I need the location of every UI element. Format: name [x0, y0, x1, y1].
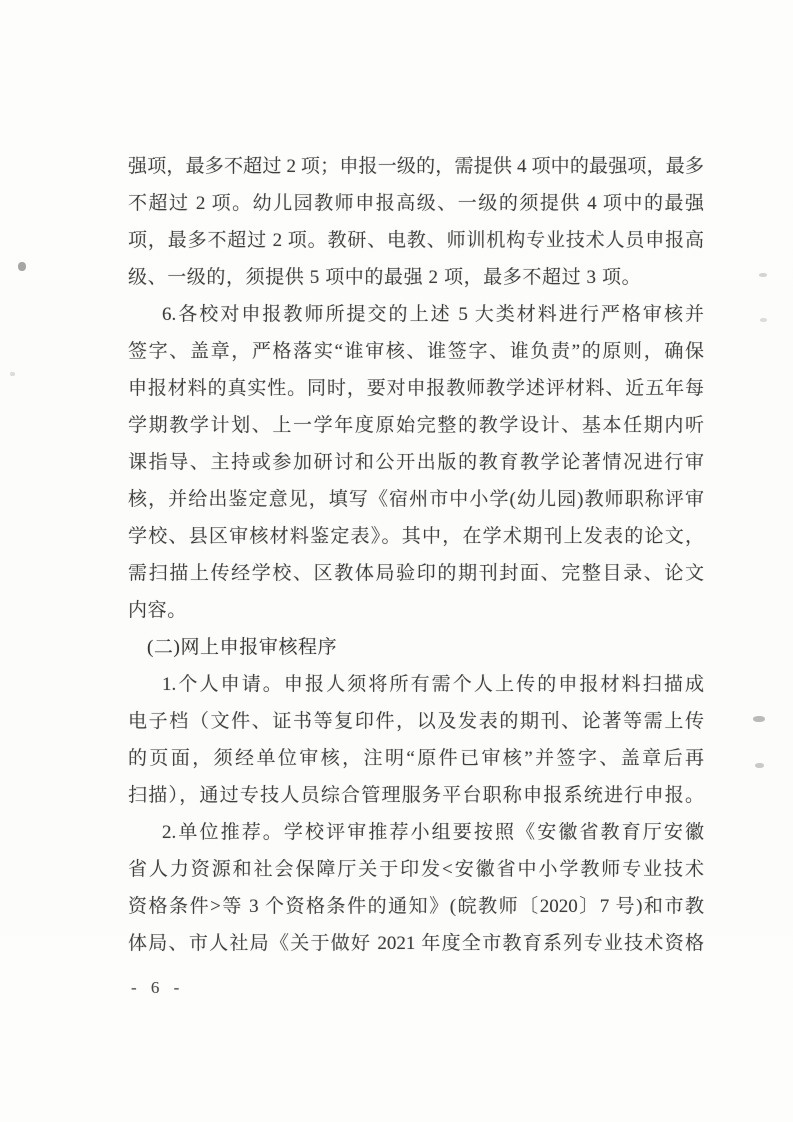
- paragraph-item1: 1.个人申请。申报人须将所有需个人上传的申报材料扫描成 电子档（文件、证书等复印…: [128, 666, 704, 814]
- paragraph-start-line: 2.单位推荐。学校评审推荐小组要按照《安徽省教育厅安徽: [128, 814, 704, 851]
- scan-artifact: [760, 318, 767, 322]
- body-line: 内容。: [128, 592, 704, 629]
- body-line: 学校、县区审核材料鉴定表》。其中，在学术期刊上发表的论文，: [128, 518, 704, 555]
- body-line: 不超过 2 项。幼儿园教师申报高级、一级的须提供 4 项中的最强: [128, 185, 704, 222]
- body-line: 需扫描上传经学校、区教体局验印的期刊封面、完整目录、论文: [128, 555, 704, 592]
- page-number: - 6 -: [131, 978, 184, 998]
- scanned-document-page: 强项，最多不超过 2 项；申报一级的，需提供 4 项中的最强项，最多 不超过 2…: [0, 0, 793, 1122]
- scan-artifact: [10, 372, 15, 376]
- body-line: 学期教学计划、上一学年度原始完整的教学设计、基本任期内听: [128, 407, 704, 444]
- scan-artifact: [753, 716, 765, 722]
- body-line: 电子档（文件、证书等复印件，以及发表的期刊、论著等需上传: [128, 703, 704, 740]
- scan-artifact: [755, 763, 764, 768]
- body-line: 签字、盖章，严格落实“谁审核、谁签字、谁负责”的原则，确保: [128, 333, 704, 370]
- body-line: 核，并给出鉴定意见，填写《宿州市中小学(幼儿园)教师职称评审: [128, 481, 704, 518]
- section-heading: (二)网上申报审核程序: [128, 629, 704, 666]
- paragraph-start-line: 1.个人申请。申报人须将所有需个人上传的申报材料扫描成: [128, 666, 704, 703]
- body-line: 省人力资源和社会保障厅关于印发<安徽省中小学教师专业技术: [128, 851, 704, 888]
- paragraph-item6: 6.各校对申报教师所提交的上述 5 大类材料进行严格审核并 签字、盖章，严格落实…: [128, 296, 704, 629]
- scan-artifact: [18, 262, 26, 271]
- body-line: 强项，最多不超过 2 项；申报一级的，需提供 4 项中的最强项，最多: [128, 148, 704, 185]
- body-line: 的页面，须经单位审核，注明“原件已审核”并签字、盖章后再: [128, 740, 704, 777]
- scan-artifact: [759, 273, 767, 277]
- document-text-block: 强项，最多不超过 2 项；申报一级的，需提供 4 项中的最强项，最多 不超过 2…: [128, 148, 704, 962]
- body-line: 体局、市人社局《关于做好 2021 年度全市教育系列专业技术资格: [128, 925, 704, 962]
- paragraph-continuation: 强项，最多不超过 2 项；申报一级的，需提供 4 项中的最强项，最多 不超过 2…: [128, 148, 704, 296]
- paragraph-item2: 2.单位推荐。学校评审推荐小组要按照《安徽省教育厅安徽 省人力资源和社会保障厅关…: [128, 814, 704, 962]
- paragraph-start-line: 6.各校对申报教师所提交的上述 5 大类材料进行严格审核并: [128, 296, 704, 333]
- body-line: 课指导、主持或参加研讨和公开出版的教育教学论著情况进行审: [128, 444, 704, 481]
- body-line: 级、一级的，须提供 5 项中的最强 2 项，最多不超过 3 项。: [128, 259, 704, 296]
- body-line: 申报材料的真实性。同时，要对申报教师教学述评材料、近五年每: [128, 370, 704, 407]
- body-line: 扫描），通过专技人员综合管理服务平台职称申报系统进行申报。: [128, 777, 704, 814]
- body-line: 资格条件>等 3 个资格条件的通知》(皖教师〔2020〕7 号)和市教: [128, 888, 704, 925]
- body-line: 项，最多不超过 2 项。教研、电教、师训机构专业技术人员申报高: [128, 222, 704, 259]
